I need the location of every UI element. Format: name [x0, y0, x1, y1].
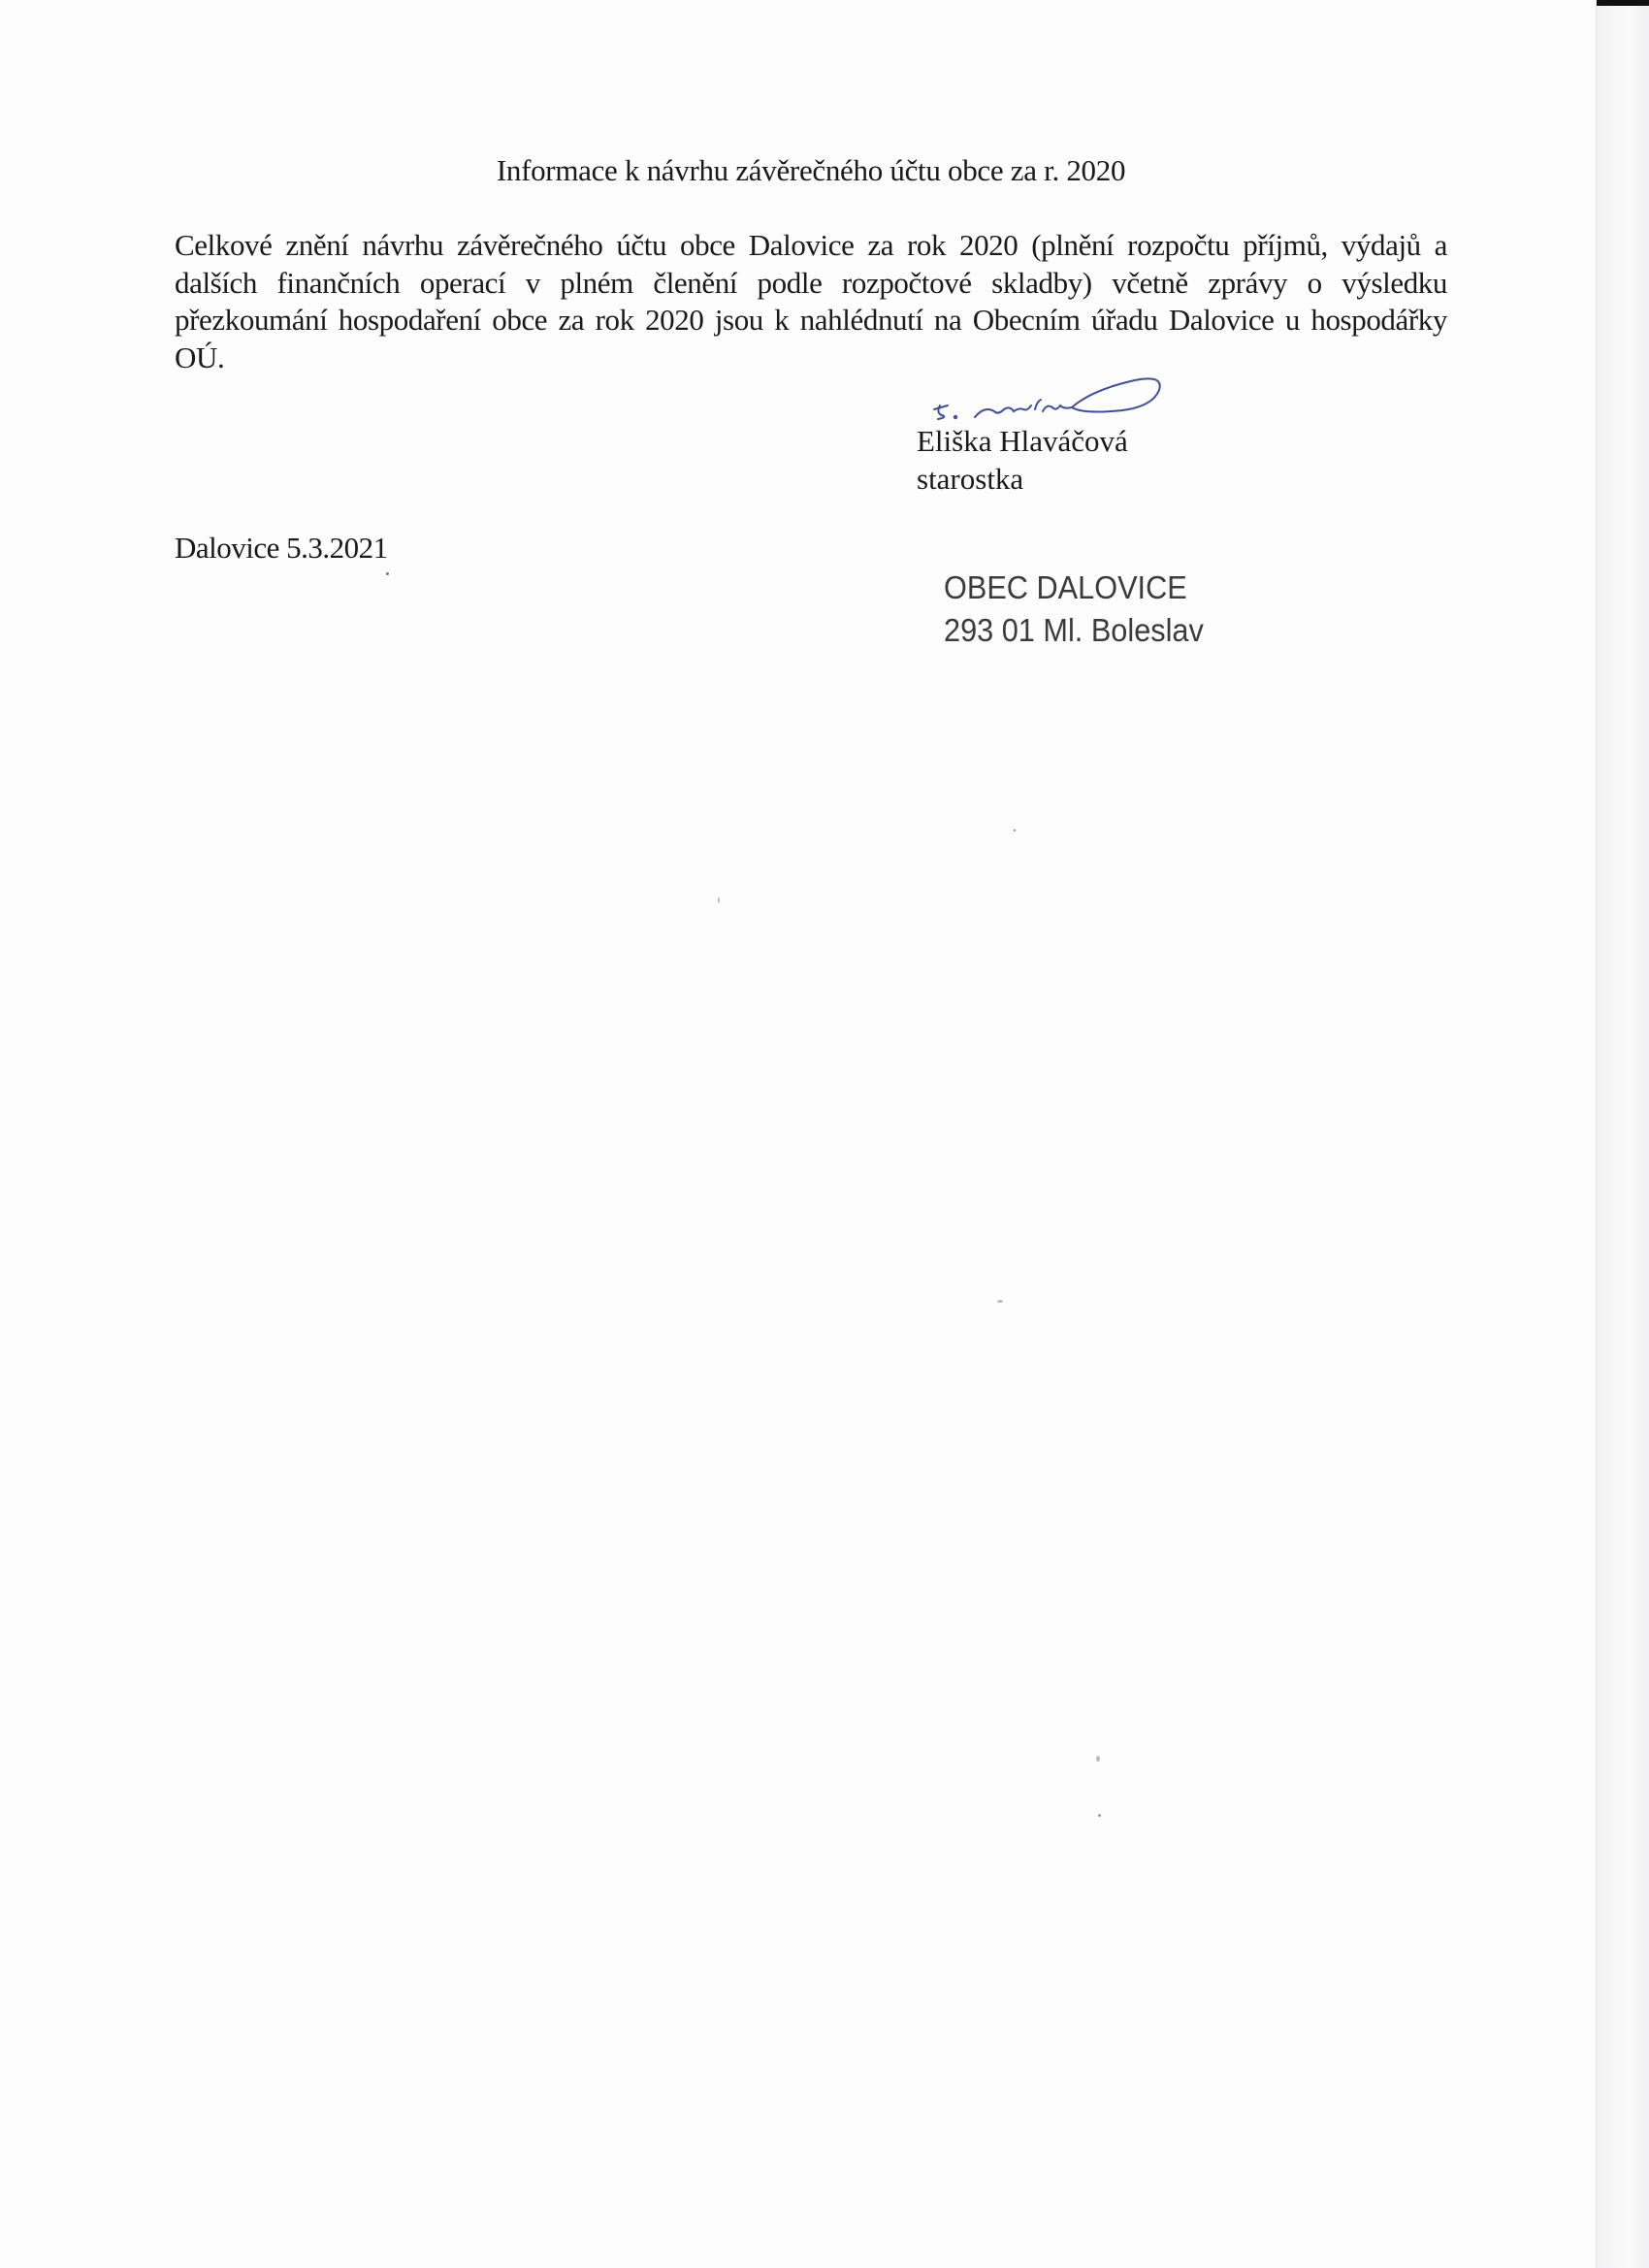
stamp-line-2: 293 01 Ml. Boleslav [944, 609, 1204, 652]
handwritten-signature [926, 367, 1169, 425]
official-stamp: OBEC DALOVICE 293 01 Ml. Boleslav [944, 567, 1204, 652]
scan-speck [386, 572, 389, 575]
place-date: Dalovice 5.3.2021 [175, 531, 388, 566]
scan-edge [1596, 0, 1649, 2268]
stamp-line-1: OBEC DALOVICE [944, 567, 1204, 609]
document-title-text: Informace k návrhu závěrečného účtu obce… [497, 153, 1125, 188]
signer-name: Eliška Hlaváčová [917, 424, 1128, 459]
scan-speck [1014, 829, 1016, 831]
document-body: Celkové znění návrhu závěrečného účtu ob… [175, 227, 1447, 376]
scan-speck [718, 897, 720, 903]
scan-speck [1098, 1814, 1101, 1817]
scan-speck [1096, 1756, 1100, 1762]
signer-role: starostka [917, 462, 1023, 497]
scan-edge-top [1597, 0, 1649, 6]
scan-speck [997, 1300, 1003, 1303]
document-title: Informace k návrhu závěrečného účtu obce… [0, 153, 1649, 188]
